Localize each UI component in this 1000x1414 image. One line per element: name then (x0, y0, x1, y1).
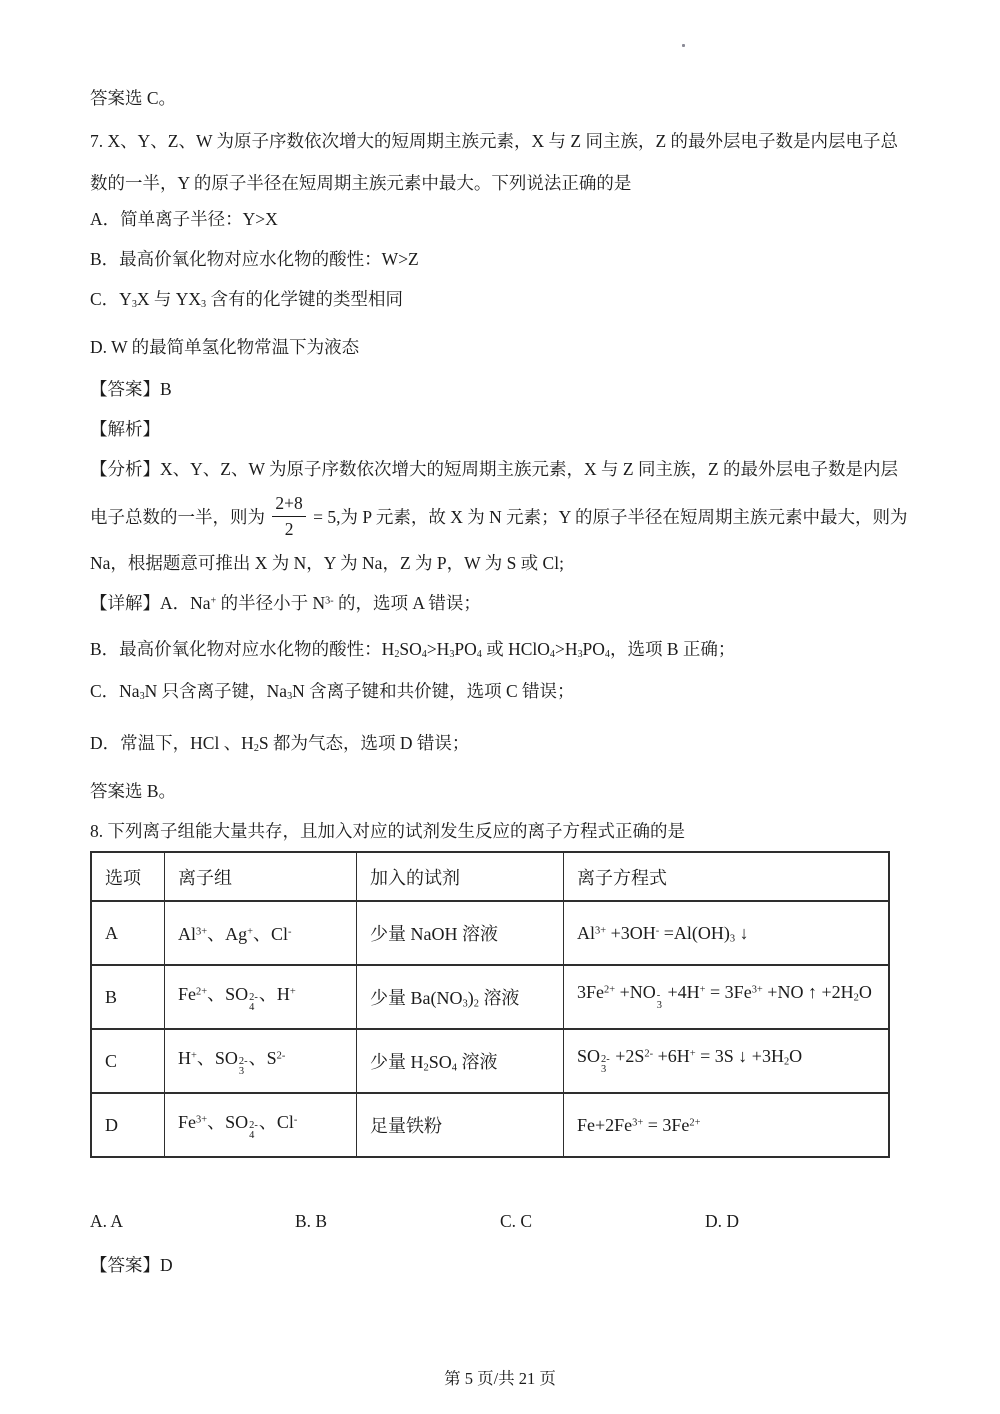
option-cell: D (91, 1093, 165, 1157)
reagent-cell: 足量铁粉 (357, 1093, 564, 1157)
question-7-stem-line-2: 数的一半，Y 的原子半径在短周期主族元素中最大。下列说法正确的是 (90, 172, 918, 195)
choice-a: A. A (90, 1210, 295, 1233)
table-row-d: D Fe3+、SO2-4、Cl- 足量铁粉 Fe+2Fe3+ = 3Fe2+ (91, 1093, 889, 1157)
ion-group-cell: H+、SO2-3、S2- (165, 1029, 357, 1093)
question-7-analysis-line-3: Na，根据题意可推出 X 为 N，Y 为 Na，Z 为 P，W 为 S 或 Cl… (90, 552, 918, 575)
ion-group-cell: Fe3+、SO2-4、Cl- (165, 1093, 357, 1157)
table-header-option: 选项 (91, 852, 165, 901)
table-header-reagent: 加入的试剂 (357, 852, 564, 901)
reagent-cell: 少量 H2SO4 溶液 (357, 1029, 564, 1093)
question-8-stem: 8. 下列离子组能大量共存，且加入对应的试剂发生反应的离子方程式正确的是 (90, 820, 918, 843)
question-7-detail-c: C．Na3N 只含离子键，Na3N 含离子键和共价键，选项 C 错误； (90, 680, 918, 703)
question-7-conclusion: 答案选 B。 (90, 780, 918, 803)
option-cell: B (91, 965, 165, 1029)
option-cell: A (91, 901, 165, 965)
question-7-stem-line-1: 7. X、Y、Z、W 为原子序数依次增大的短周期主族元素，X 与 Z 同主族，Z… (90, 130, 918, 153)
page-content: 答案选 C。 7. X、Y、Z、W 为原子序数依次增大的短周期主族元素，X 与 … (90, 0, 918, 1277)
question-8-choices: A. A B. B C. C D. D (90, 1210, 918, 1233)
question-7-detail-a: 【详解】A．Na+ 的半径小于 N3- 的，选项 A 错误； (90, 592, 918, 615)
ion-group-cell: Fe2+、SO2-4、H+ (165, 965, 357, 1029)
reagent-cell: 少量 NaOH 溶液 (357, 901, 564, 965)
choice-c: C. C (500, 1210, 705, 1233)
question-7-analysis-line-2: 电子总数的一半，则为 2+82 = 5,为 P 元素，故 X 为 N 元素；Y … (90, 488, 918, 546)
question-8-answer: 【答案】D (90, 1254, 918, 1277)
question-8-table: 选项 离子组 加入的试剂 离子方程式 A Al3+、Ag+、Cl- 少量 NaO… (90, 851, 890, 1158)
equation-cell: SO2-3 +2S2- +6H+ = 3S ↓ +3H2O (564, 1029, 890, 1093)
equation-cell: Fe+2Fe3+ = 3Fe2+ (564, 1093, 890, 1157)
exam-answer-page: 答案选 C。 7. X、Y、Z、W 为原子序数依次增大的短周期主族元素，X 与 … (0, 0, 1000, 1414)
reagent-cell: 少量 Ba(NO3)2 溶液 (357, 965, 564, 1029)
option-cell: C (91, 1029, 165, 1093)
question-7-option-d: D. W 的最简单氢化物常温下为液态 (90, 336, 918, 359)
table-row-a: A Al3+、Ag+、Cl- 少量 NaOH 溶液 Al3+ +3OH- =Al… (91, 901, 889, 965)
table-row-b: B Fe2+、SO2-4、H+ 少量 Ba(NO3)2 溶液 3Fe2+ +NO… (91, 965, 889, 1029)
question-7-option-c: C．Y3X 与 YX3 含有的化学键的类型相同 (90, 288, 918, 311)
table-header-equation: 离子方程式 (564, 852, 890, 901)
equation-cell: Al3+ +3OH- =Al(OH)3 ↓ (564, 901, 890, 965)
table-header-ion-group: 离子组 (165, 852, 357, 901)
choice-b: B. B (295, 1210, 500, 1233)
question-7-option-b: B．最高价氧化物对应水化物的酸性：W>Z (90, 248, 918, 271)
equation-cell: 3Fe2+ +NO-3 +4H+ = 3Fe3+ +NO ↑ +2H2O (564, 965, 890, 1029)
question-7-detail-d: D．常温下，HCl 、H2S 都为气态，选项 D 错误； (90, 732, 918, 755)
table-row-c: C H+、SO2-3、S2- 少量 H2SO4 溶液 SO2-3 +2S2- +… (91, 1029, 889, 1093)
question-7-answer: 【答案】B (90, 378, 918, 401)
ion-group-cell: Al3+、Ag+、Cl- (165, 901, 357, 965)
question-7-analysis-label: 【解析】 (90, 418, 918, 441)
table-header-row: 选项 离子组 加入的试剂 离子方程式 (91, 852, 889, 901)
question-7-analysis-line-1: 【分析】X、Y、Z、W 为原子序数依次增大的短周期主族元素，X 与 Z 同主族，… (90, 458, 918, 481)
question-7-detail-b: B．最高价氧化物对应水化物的酸性：H2SO4>H3PO4 或 HClO4>H3P… (90, 638, 918, 661)
page-footer: 第 5 页/共 21 页 (0, 1368, 1000, 1390)
choice-d: D. D (705, 1210, 910, 1233)
previous-answer-note: 答案选 C。 (90, 87, 918, 110)
question-7-option-a: A．简单离子半径：Y>X (90, 208, 918, 231)
